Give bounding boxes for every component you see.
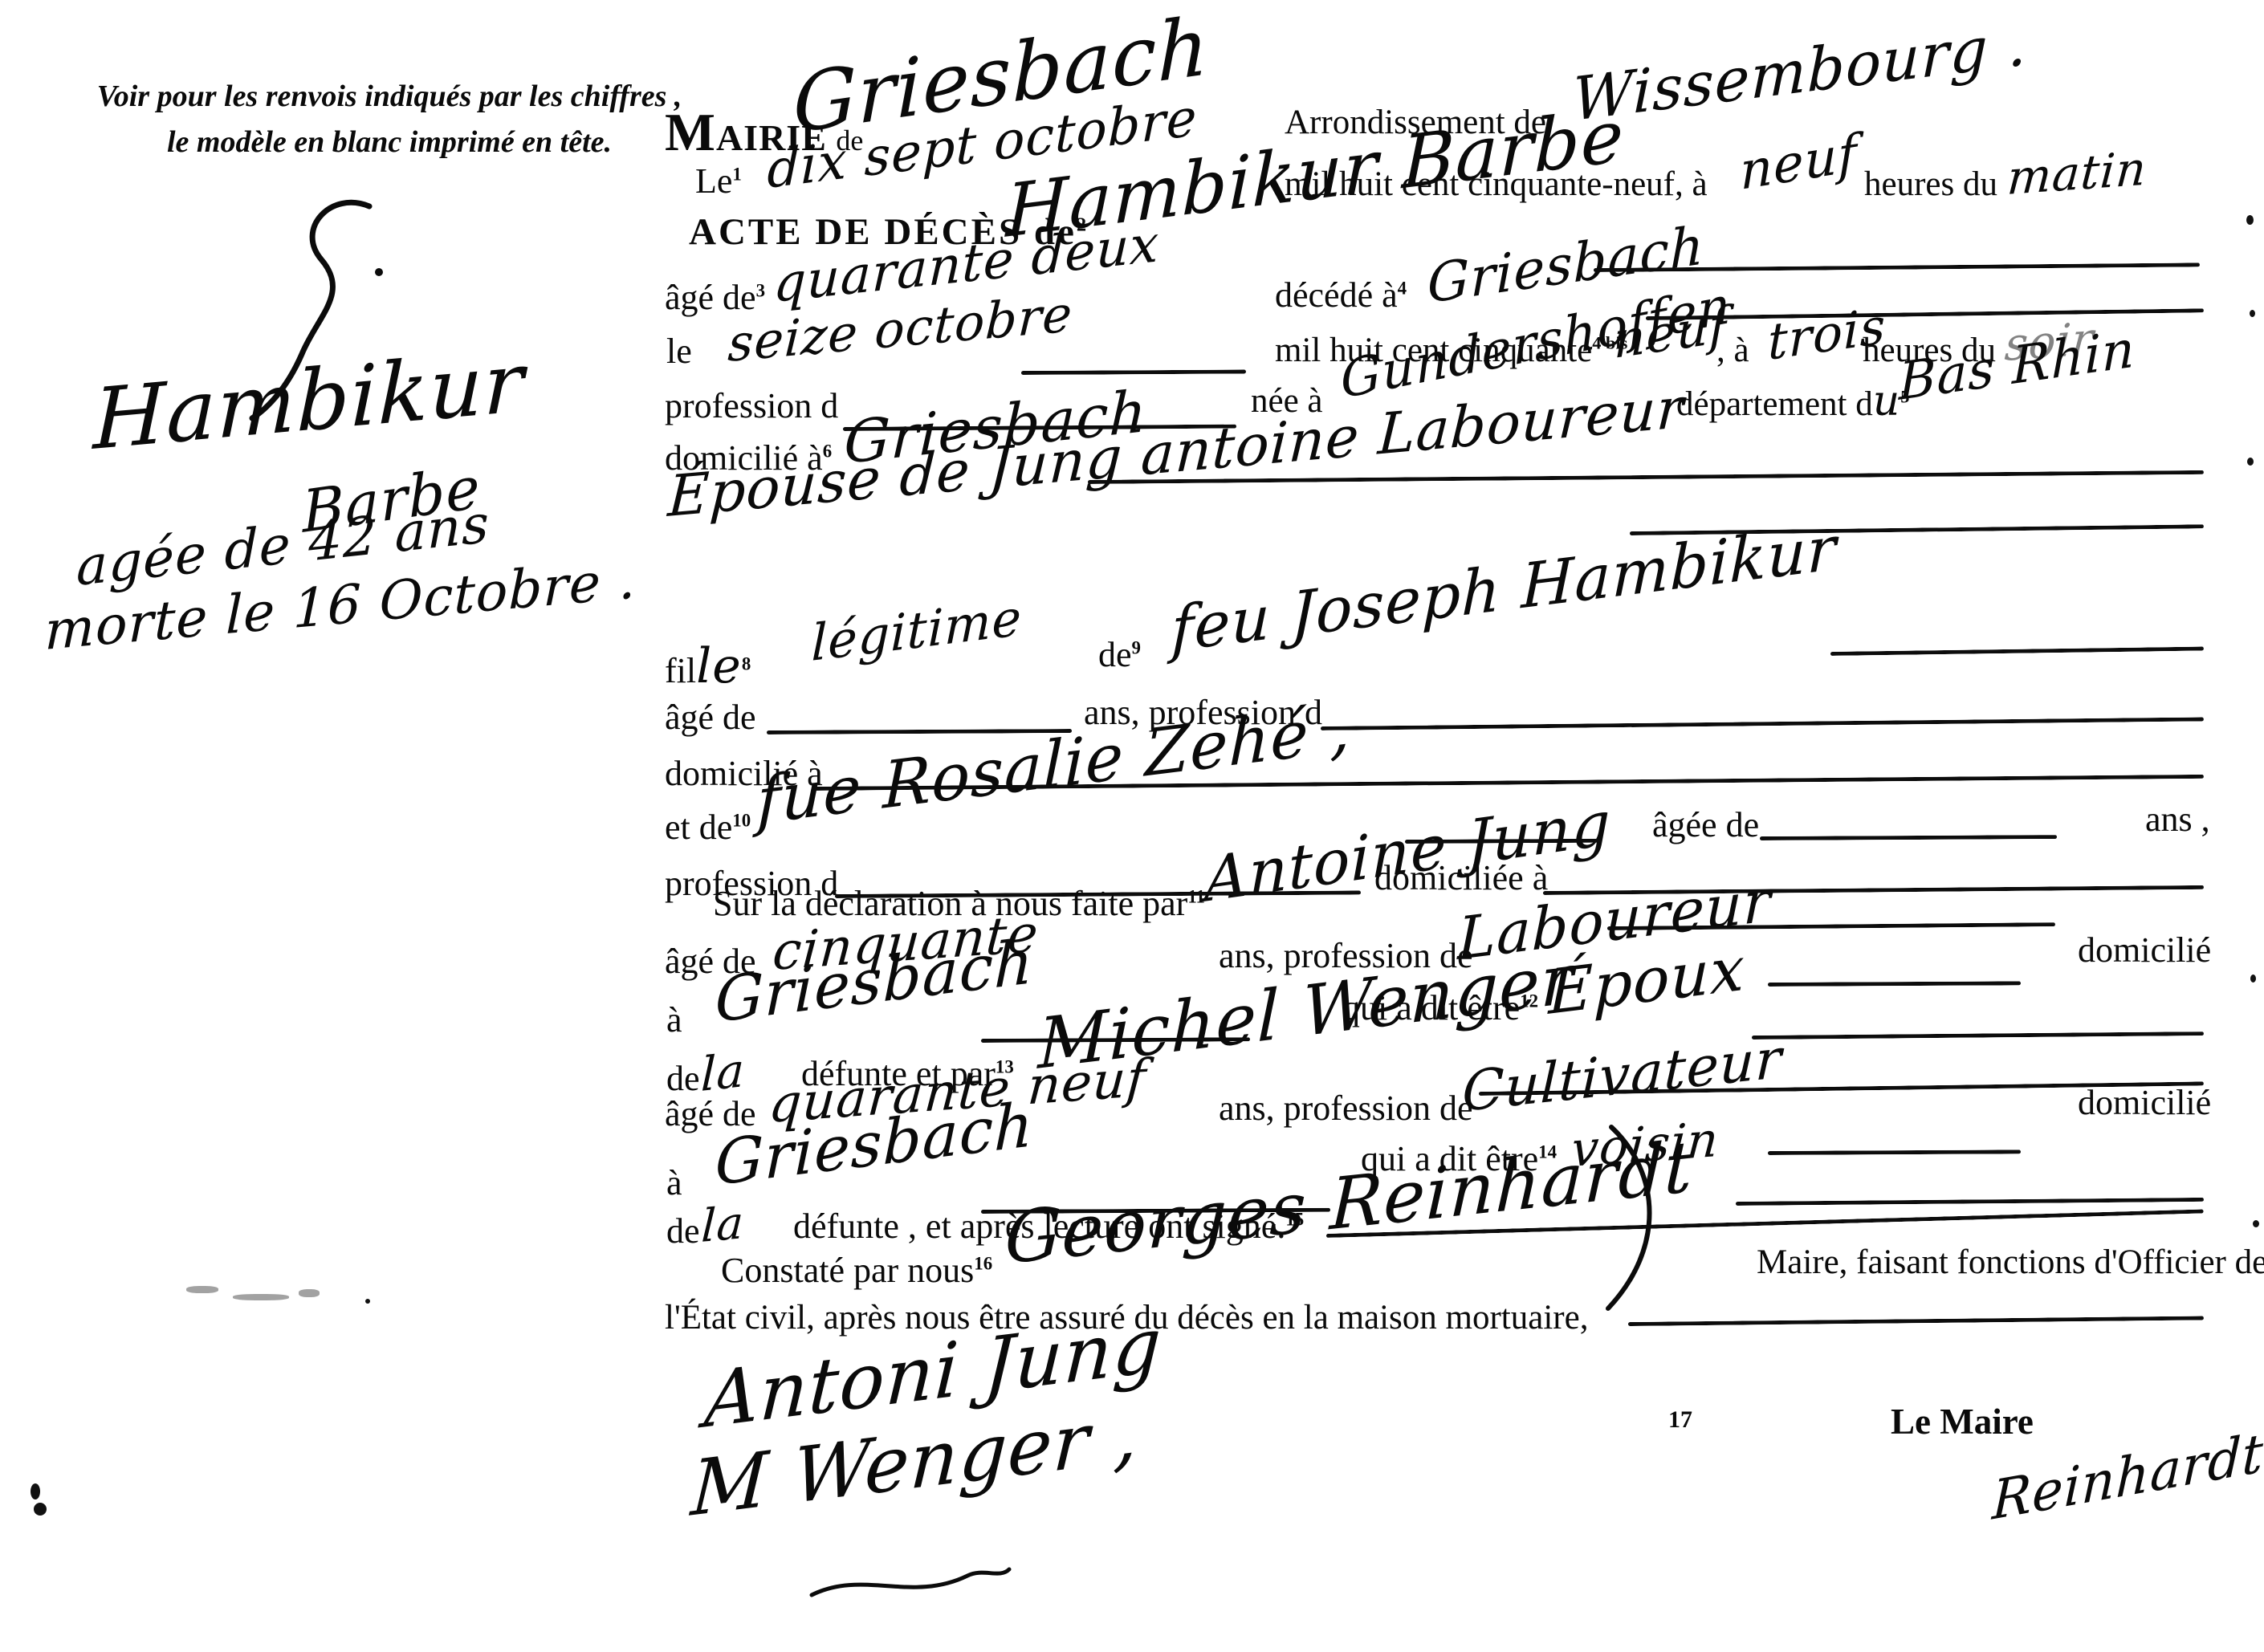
scan-smudge	[299, 1289, 320, 1297]
department-text: département d	[1676, 385, 1873, 423]
act-hour-value: neuf	[1740, 124, 1858, 202]
footnote-17: 17	[1668, 1406, 1692, 1434]
margin-instruction-note: Voir pour les renvois indiqués par les c…	[92, 74, 686, 165]
de-text: de	[1098, 635, 1132, 674]
date-le-label: Le1	[695, 161, 742, 201]
etde-text: et de	[665, 808, 732, 847]
declarant2-domiciled-label: domicilié	[2078, 1082, 2211, 1123]
recorded-by-label: Constaté par nous16	[721, 1250, 992, 1291]
rule-after-mortuary	[1628, 1316, 2204, 1326]
scan-speck	[2247, 458, 2254, 466]
scan-speck	[2253, 1220, 2259, 1227]
footnote-16: 16	[974, 1253, 992, 1273]
scan-smudge	[186, 1286, 218, 1293]
fil-hw-le: le	[696, 638, 742, 694]
died-word: décédé à	[1275, 275, 1398, 315]
declarant1-at-label: à	[666, 999, 682, 1040]
death-certificate-page: Voir pour les renvois indiqués par les c…	[0, 0, 2264, 1652]
scan-ink-blot	[34, 1503, 47, 1516]
of-father-label: de9	[1098, 634, 1141, 675]
rule-after-declarant2-relation	[1736, 1198, 2204, 1206]
heures-du-label: heures du	[1864, 165, 1997, 204]
mother-ans-label: ans ,	[2145, 799, 2210, 840]
and-of-mother-label: et de10	[665, 807, 751, 848]
child-legitimate-line: fille8	[665, 638, 751, 694]
margin-deceased-surname: Hambikur	[92, 332, 525, 469]
footnote-8: 8	[742, 653, 751, 673]
footnote-10: 10	[732, 810, 751, 830]
death-date-le-label: le	[666, 331, 692, 372]
scan-ink-blot	[31, 1483, 40, 1499]
department-label: département du5	[1676, 377, 1909, 425]
act-period-value: matin	[2005, 140, 2148, 205]
footnote-9: 9	[1132, 637, 1141, 657]
officer-name-value: Georges Reinhardt	[1004, 1125, 1695, 1280]
age-word: âgé de	[665, 278, 756, 317]
footnote-11: 11	[1187, 886, 1205, 906]
declarant2-profession-label: ans, profession de	[1219, 1088, 1473, 1129]
scan-speck	[2250, 310, 2255, 317]
footnote-3: 3	[756, 280, 765, 300]
profession-label: profession d	[665, 385, 838, 426]
declarant2-at-label: à	[666, 1162, 682, 1203]
footnote-4: 4	[1398, 278, 1407, 298]
father-age-label: âgé de	[665, 697, 756, 738]
rule-father-profession-blank	[1321, 717, 2204, 730]
mother-age-label: âgée de	[1652, 804, 1759, 845]
rule-mother-age-blank	[1760, 835, 2057, 840]
signature-flourish-icon	[807, 1561, 1016, 1609]
mayor-function-label: Maire, faisant fonctions d'Officier de	[1757, 1243, 2264, 1282]
fil-text: fil	[665, 651, 696, 690]
mother-name-value: fue Rosalie Zehé ,	[756, 690, 1352, 839]
scan-speck	[2246, 215, 2254, 225]
scan-smudge	[233, 1294, 289, 1300]
footnote-1: 1	[732, 164, 741, 184]
department-hw-u: u	[1873, 377, 1901, 425]
declarant1-domiciled-label: domicilié	[2078, 930, 2211, 970]
le-maire-label: Le Maire	[1891, 1401, 2034, 1442]
father-name-value: feu Joseph Hambikur	[1171, 511, 1837, 665]
le-word: Le	[695, 161, 732, 201]
legitimate-value: légitime	[811, 588, 1023, 673]
arrondissement-value: Wissembourg .	[1572, 10, 2028, 135]
rule-after-declarant1-relation	[1752, 1031, 2204, 1040]
scan-speck	[365, 1299, 370, 1304]
scan-speck	[2250, 975, 2256, 983]
rule-after-declarant1-profession	[1768, 981, 2021, 987]
rule-after-father	[1830, 647, 2204, 656]
died-at-label: décédé à4	[1275, 275, 1407, 315]
rule-after-declarant2-profession	[1768, 1149, 2021, 1155]
rule-after-death-date	[1021, 370, 1246, 375]
of-the-2-hw-la: la	[700, 1197, 746, 1253]
of-the-2-label: de	[666, 1211, 700, 1251]
constate-text: Constaté par nous	[721, 1251, 974, 1290]
declarant2-profession-value: Cultivateur	[1461, 1027, 1783, 1125]
